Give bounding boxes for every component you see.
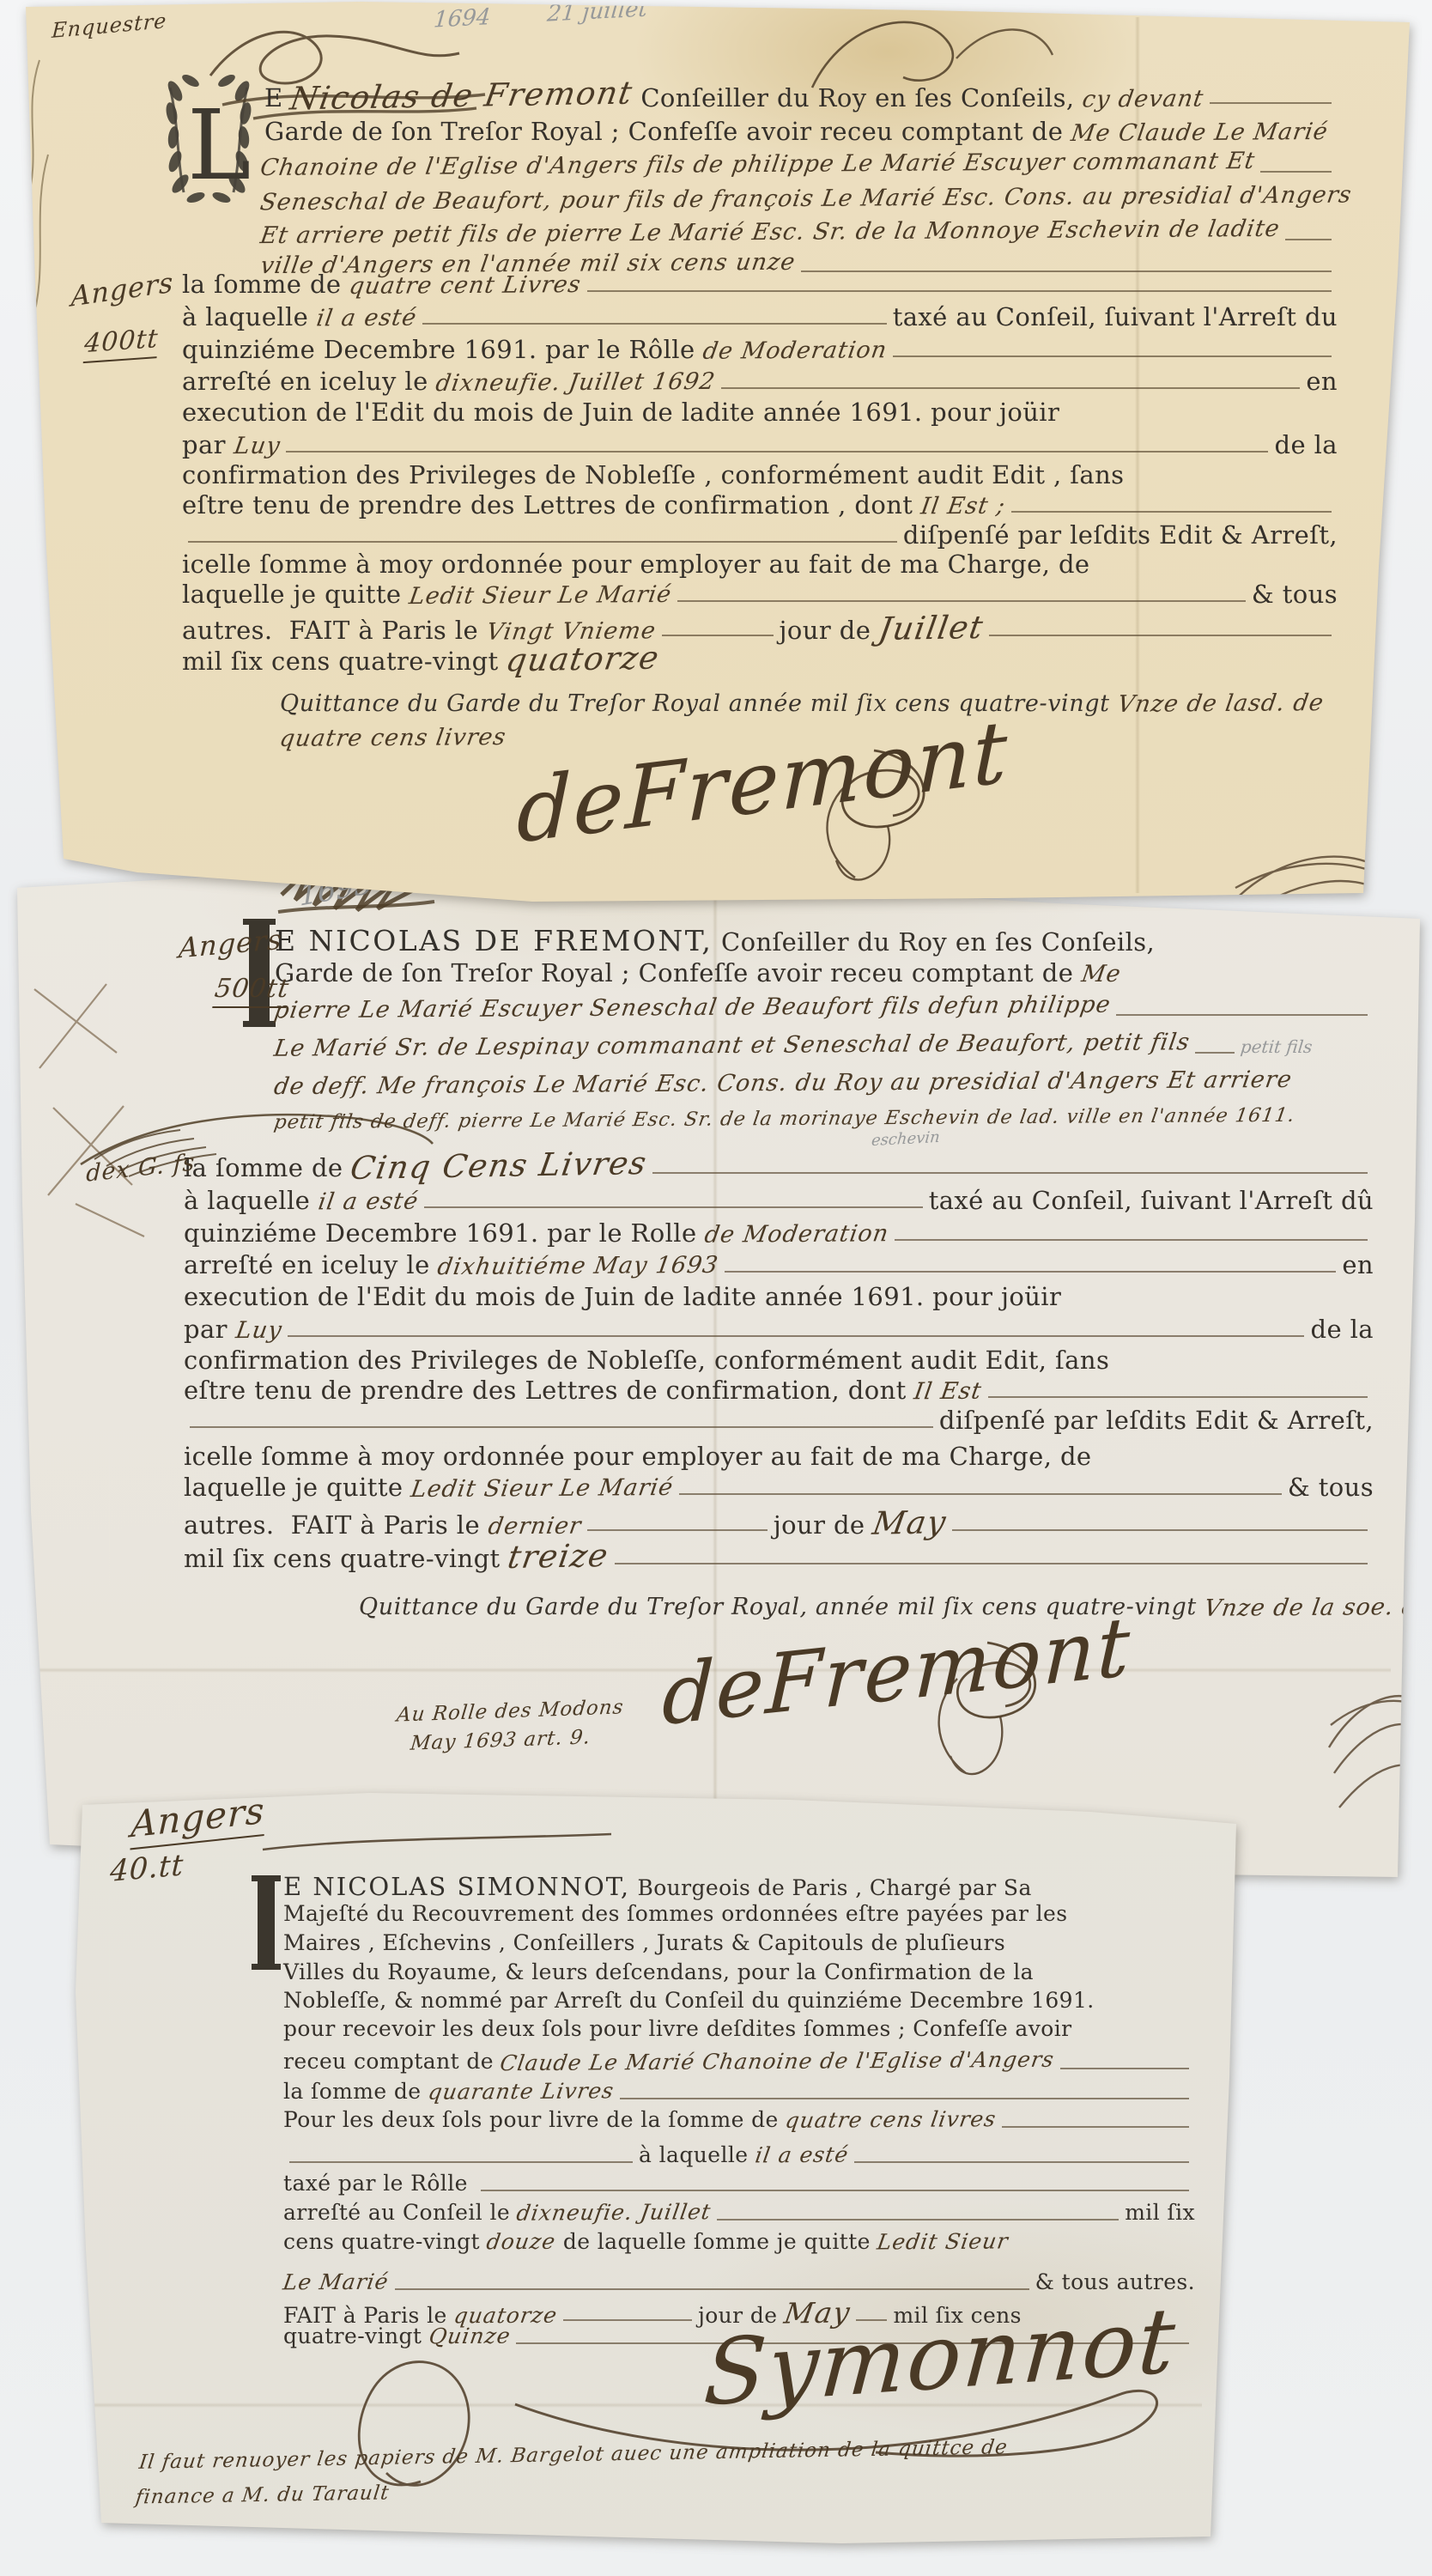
handwritten-text: Seneschal de Beaufort, pour fils de fran… (258, 182, 1354, 216)
printed-text: la ſomme de (182, 270, 349, 299)
form-rule-line (422, 309, 887, 325)
form-rule-line (286, 437, 1268, 453)
handwritten-text: Me Claude Le Marié (1069, 118, 1330, 147)
handwritten-text: Ledit Sieur Le Marié (408, 581, 674, 610)
printed-text: laquelle je quitte (182, 580, 410, 609)
handwritten-text: dixneufie. Juillet 1692 (434, 368, 718, 397)
printed-text: par (182, 430, 234, 459)
printed-text: taxé au Conſeil, ſuivant l'Arreſt du (893, 302, 1338, 331)
form-line: Et arriere petit fils de pierre Le Marié… (261, 219, 1338, 246)
form-line: Garde de ſon Treſor Royal ; Confeſſe avo… (264, 117, 1338, 146)
handwritten-text: quatre cens livres (278, 724, 508, 752)
handwritten-text: il a esté (314, 305, 418, 332)
form-line: eſtre tenu de prendre des Lettres de con… (182, 490, 1338, 519)
handwritten-text: quatre cent Livres (348, 271, 584, 300)
printed-text: mil ſix cens quatre-vingt (182, 647, 507, 676)
form-line: E Nicolas de Fremont Conſeiller du Roy e… (264, 77, 1338, 114)
form-rule-line (721, 374, 1300, 389)
printed-text: à laquelle (182, 302, 317, 331)
form-line: la ſomme de quatre cent Livres (182, 270, 1338, 299)
printed-text: en (1306, 367, 1338, 396)
document-1-shadow: L E Nicolas de Fremont Conſeiller du Roy… (0, 0, 1432, 2576)
printed-text: Conſeiller du Roy en ſes Conſeils, (633, 83, 1083, 112)
form-rule-line (893, 342, 1332, 357)
margin-annotation: 400tt (83, 324, 160, 363)
form-rule-line (677, 586, 1246, 602)
form-rule-line (188, 527, 897, 543)
handwritten-text: cy devant (1081, 86, 1206, 113)
form-line: laquelle je quitte Ledit Sieur Le Marié&… (182, 580, 1338, 609)
form-rule-line (587, 276, 1332, 292)
form-line: Chanoine de l'Eglise d'Angers fils de ph… (261, 151, 1338, 178)
printed-text: quinziéme Decembre 1691. par le Rôlle (182, 335, 703, 364)
printed-text: confirmation des Privileges de Nobleſſe … (182, 460, 1124, 489)
printed-text: eſtre tenu de prendre des Lettres de con… (182, 490, 921, 519)
photo-of-three-documents: { "photo": { "backdrop_color": "#eef0f1"… (0, 0, 1432, 2576)
printed-text: de la (1274, 430, 1338, 459)
handwritten-text: Et arriere petit fils de pierre Le Marié… (258, 216, 1282, 249)
printed-text: execution de l'Edit du mois de Juin de l… (182, 398, 1059, 427)
form-rule-line (1210, 88, 1332, 104)
form-line: confirmation des Privileges de Nobleſſe … (182, 460, 1338, 489)
printed-text: icelle ſomme à moy ordonnée pour employe… (182, 550, 1089, 579)
ink-edge-marks (5, 52, 60, 395)
form-rule-line (1260, 157, 1332, 173)
form-line: Seneschal de Beaufort, pour fils de fran… (261, 185, 1338, 212)
printed-text: Garde de ſon Treſor Royal ; Confeſſe avo… (264, 117, 1071, 146)
form-line: à laquelle il a estétaxé au Conſeil, ſui… (182, 302, 1338, 331)
margin-annotation: Enquestre (52, 9, 168, 43)
printed-text: E (264, 83, 291, 112)
handwritten-text: Il Est ; (919, 493, 1008, 520)
form-line: arreſté en iceluy le dixneufie. Juillet … (182, 367, 1338, 396)
handwritten-text: de Moderation (701, 337, 889, 364)
form-line: diſpenſé par leſdits Edit & Arreſt, (182, 520, 1338, 550)
form-line: par Luyde la (182, 430, 1338, 459)
printed-text: arreſté en iceluy le (182, 367, 436, 396)
margin-annotation: Angers (71, 265, 174, 313)
ink-edge-paraph (1223, 835, 1391, 936)
form-rule-line (1285, 225, 1332, 240)
handwritten-text-large: Nicolas de Fremont (288, 75, 636, 118)
handwritten-text-large: quatorze (504, 639, 663, 678)
printed-text: & tous (1252, 580, 1338, 609)
form-rule-line (989, 621, 1332, 636)
form-rule-line (1011, 497, 1332, 513)
form-line: execution de l'Edit du mois de Juin de l… (182, 398, 1338, 427)
form-rule-line (662, 621, 774, 636)
printed-text: diſpenſé par leſdits Edit & Arreſt, (903, 520, 1338, 550)
form-line: Quittance du Garde du Treſor Royal année… (280, 690, 1336, 717)
handwritten-text: Vnze de lasd. de (1115, 690, 1326, 718)
document-quittance-fremont-1694: L E Nicolas de Fremont Conſeiller du Roy… (0, 0, 1432, 2576)
handwritten-text: Chanoine de l'Eglise d'Angers fils de ph… (258, 148, 1257, 181)
pencil-annotation: 1694 21 juillet (433, 0, 649, 33)
handwritten-text: Luy (232, 433, 282, 459)
form-line: mil ſix cens quatre-vingt quatorze (182, 641, 1338, 677)
form-line: quinziéme Decembre 1691. par le Rôlle de… (182, 335, 1338, 364)
form-line: icelle ſomme à moy ordonnée pour employe… (182, 550, 1338, 579)
